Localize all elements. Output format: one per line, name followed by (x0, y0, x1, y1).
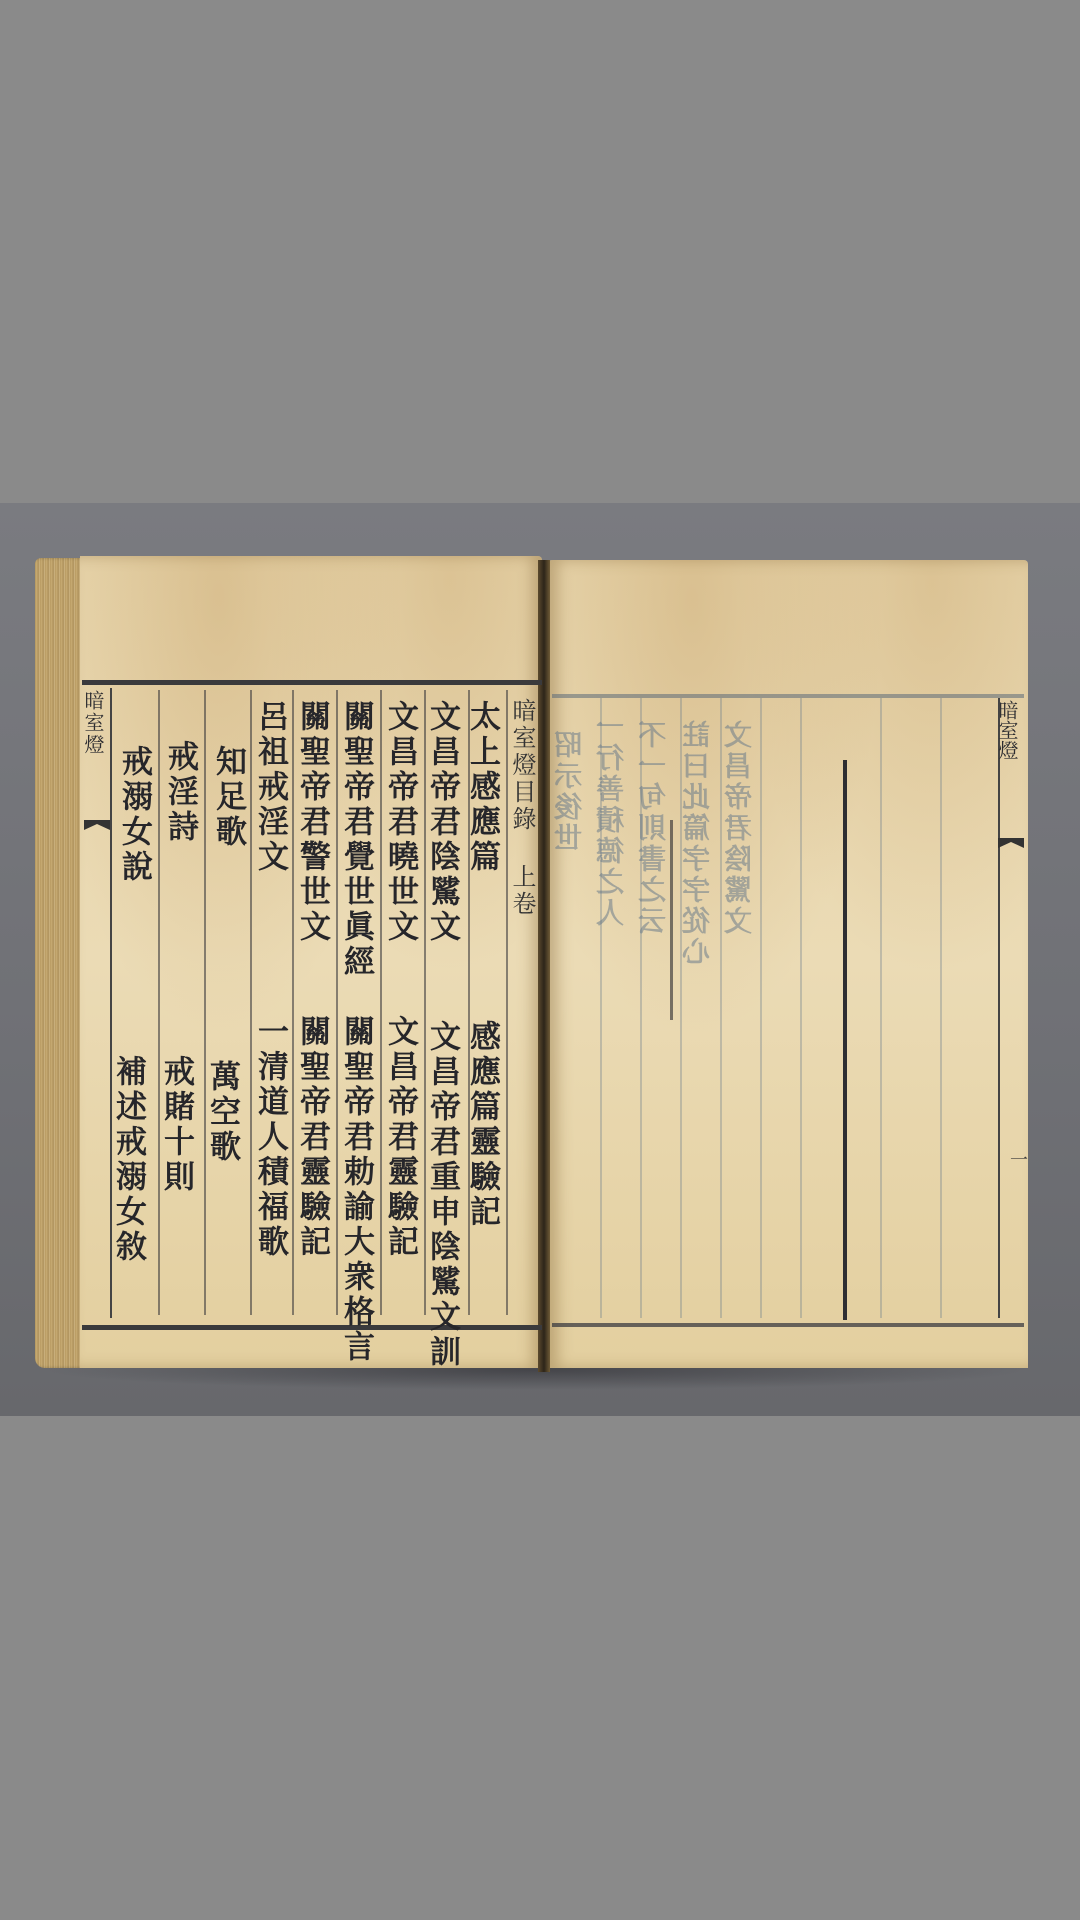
column-rule (880, 698, 882, 1318)
toc-entry: 太上感應篇 (466, 700, 497, 875)
toc-entry: 補述戒溺女敘 (112, 1055, 143, 1265)
toc-entry: 一清道人積福歌 (254, 1015, 285, 1260)
toc-entry: 關聖帝君勅諭大衆格言 (340, 1015, 371, 1365)
toc-entry: 關聖帝君警世文 (296, 700, 327, 945)
bleed-through-text: 一行善積德之人 (598, 712, 627, 929)
toc-entry: 文昌帝君曉世文 (384, 700, 415, 945)
page-stack-edge (35, 558, 85, 1368)
toc-entry: 感應篇靈驗記 (466, 1020, 497, 1230)
toc-entry: 關聖帝君靈驗記 (296, 1015, 327, 1260)
bleed-through-text: 昭示後世 (556, 730, 585, 854)
right-margin-banxin (998, 698, 1026, 1318)
toc-entry: 文昌帝君陰騭文 (426, 700, 457, 945)
page-number: 一 (1004, 1150, 1030, 1168)
toc-entry: 關聖帝君覺世眞經 (340, 700, 371, 980)
ink-streak (843, 760, 847, 1320)
toc-entry: 萬空歌 (206, 1060, 237, 1165)
column-rule (800, 698, 802, 1318)
column-rule (204, 690, 206, 1315)
toc-entry: 呂祖戒淫文 (254, 700, 285, 875)
toc-entry: 戒溺女說 (118, 745, 149, 885)
column-rule (940, 698, 942, 1318)
ink-streak (670, 820, 673, 1020)
toc-entry: 文昌帝君重申陰騭文訓 (426, 1020, 457, 1370)
bleed-through-text: 不一句則書之云 (640, 720, 669, 937)
toc-entry: 戒賭十則 (160, 1055, 191, 1195)
bleed-through-text: 註曰此篇字字從心 (684, 720, 713, 968)
column-rule (158, 690, 160, 1315)
right-margin-title: 暗室燈 (1000, 700, 1022, 760)
bleed-through-text: 文昌帝君陰騭文 (726, 720, 755, 937)
left-margin-banxin (84, 688, 112, 1318)
toc-entry: 文昌帝君靈驗記 (384, 1015, 415, 1260)
left-margin-title: 暗室燈 (86, 690, 108, 756)
toc-header: 暗室燈目錄 上卷 (510, 698, 534, 918)
column-rule (760, 698, 762, 1318)
toc-entry: 戒淫詩 (164, 740, 195, 845)
column-rule (720, 698, 722, 1318)
toc-entry: 知足歌 (212, 745, 243, 850)
